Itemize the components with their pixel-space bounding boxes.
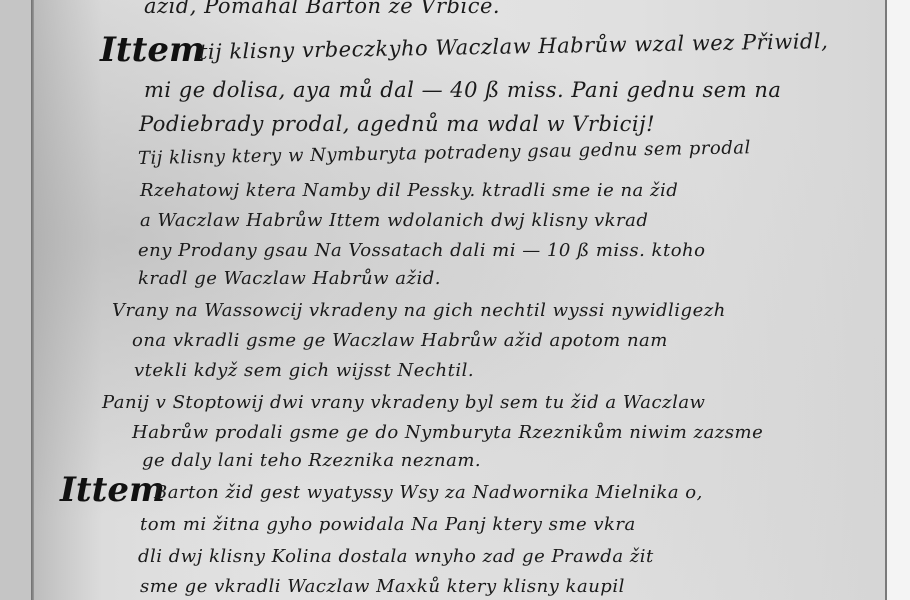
- manuscript-line-1: ažid, Pomahal Barton ze Vrbice.: [144, 0, 500, 18]
- manuscript-line-14: Habrůw prodali gsme ge do Nymburyta Rzez…: [132, 422, 763, 443]
- item-marker-1: Ittem: [100, 30, 205, 70]
- manuscript-line-19: sme ge vkradli Waczlaw Maxků ktery klisn…: [140, 576, 625, 597]
- manuscript-line-18: dli dwj klisny Kolina dostala wnyho zad …: [138, 546, 654, 567]
- manuscript-line-6: Rzehatowj ktera Namby dil Pessky. ktradl…: [140, 180, 678, 201]
- manuscript-line-11: ona vkradli gsme ge Waczlaw Habrůw ažid …: [132, 330, 668, 351]
- scan-right-margin: [887, 0, 910, 600]
- manuscript-line-5: Tij klisny ktery w Nymburyta potradeny g…: [138, 137, 751, 169]
- item-marker-2: Ittem: [60, 470, 165, 510]
- manuscript-line-4: Podiebrady prodal, agednů ma wdal w Vrbi…: [139, 112, 655, 136]
- manuscript-line-13: Panij v Stoptowij dwi vrany vkradeny byl…: [102, 392, 705, 413]
- manuscript-line-2: tij klisny vrbeczkyho Waczlaw Habrůw wza…: [199, 29, 829, 64]
- manuscript-line-9: kradl ge Waczlaw Habrůw ažid.: [138, 268, 441, 289]
- manuscript-line-10: Vrany na Wassowcij vkradeny na gich nech…: [112, 300, 726, 321]
- manuscript-line-12: vtekli když sem gich wijsst Nechtil.: [134, 360, 474, 381]
- manuscript-line-3: mi ge dolisa, aya mů dal — 40 ß miss. Pa…: [144, 78, 781, 102]
- manuscript-line-15: ge daly lani teho Rzeznika neznam.: [142, 450, 481, 471]
- manuscript-line-17: tom mi žitna gyho powidala Na Panj ktery…: [140, 514, 636, 535]
- manuscript-page: ažid, Pomahal Barton ze Vrbice. Ittem ti…: [34, 0, 885, 600]
- manuscript-line-16: Barton žid gest wyatyssy Wsy za Nadworni…: [154, 482, 703, 503]
- manuscript-line-8: eny Prodany gsau Na Vossatach dali mi — …: [138, 240, 705, 261]
- scan-left-margin: [0, 0, 31, 600]
- manuscript-line-7: a Waczlaw Habrůw Ittem wdolanich dwj kli…: [140, 210, 648, 231]
